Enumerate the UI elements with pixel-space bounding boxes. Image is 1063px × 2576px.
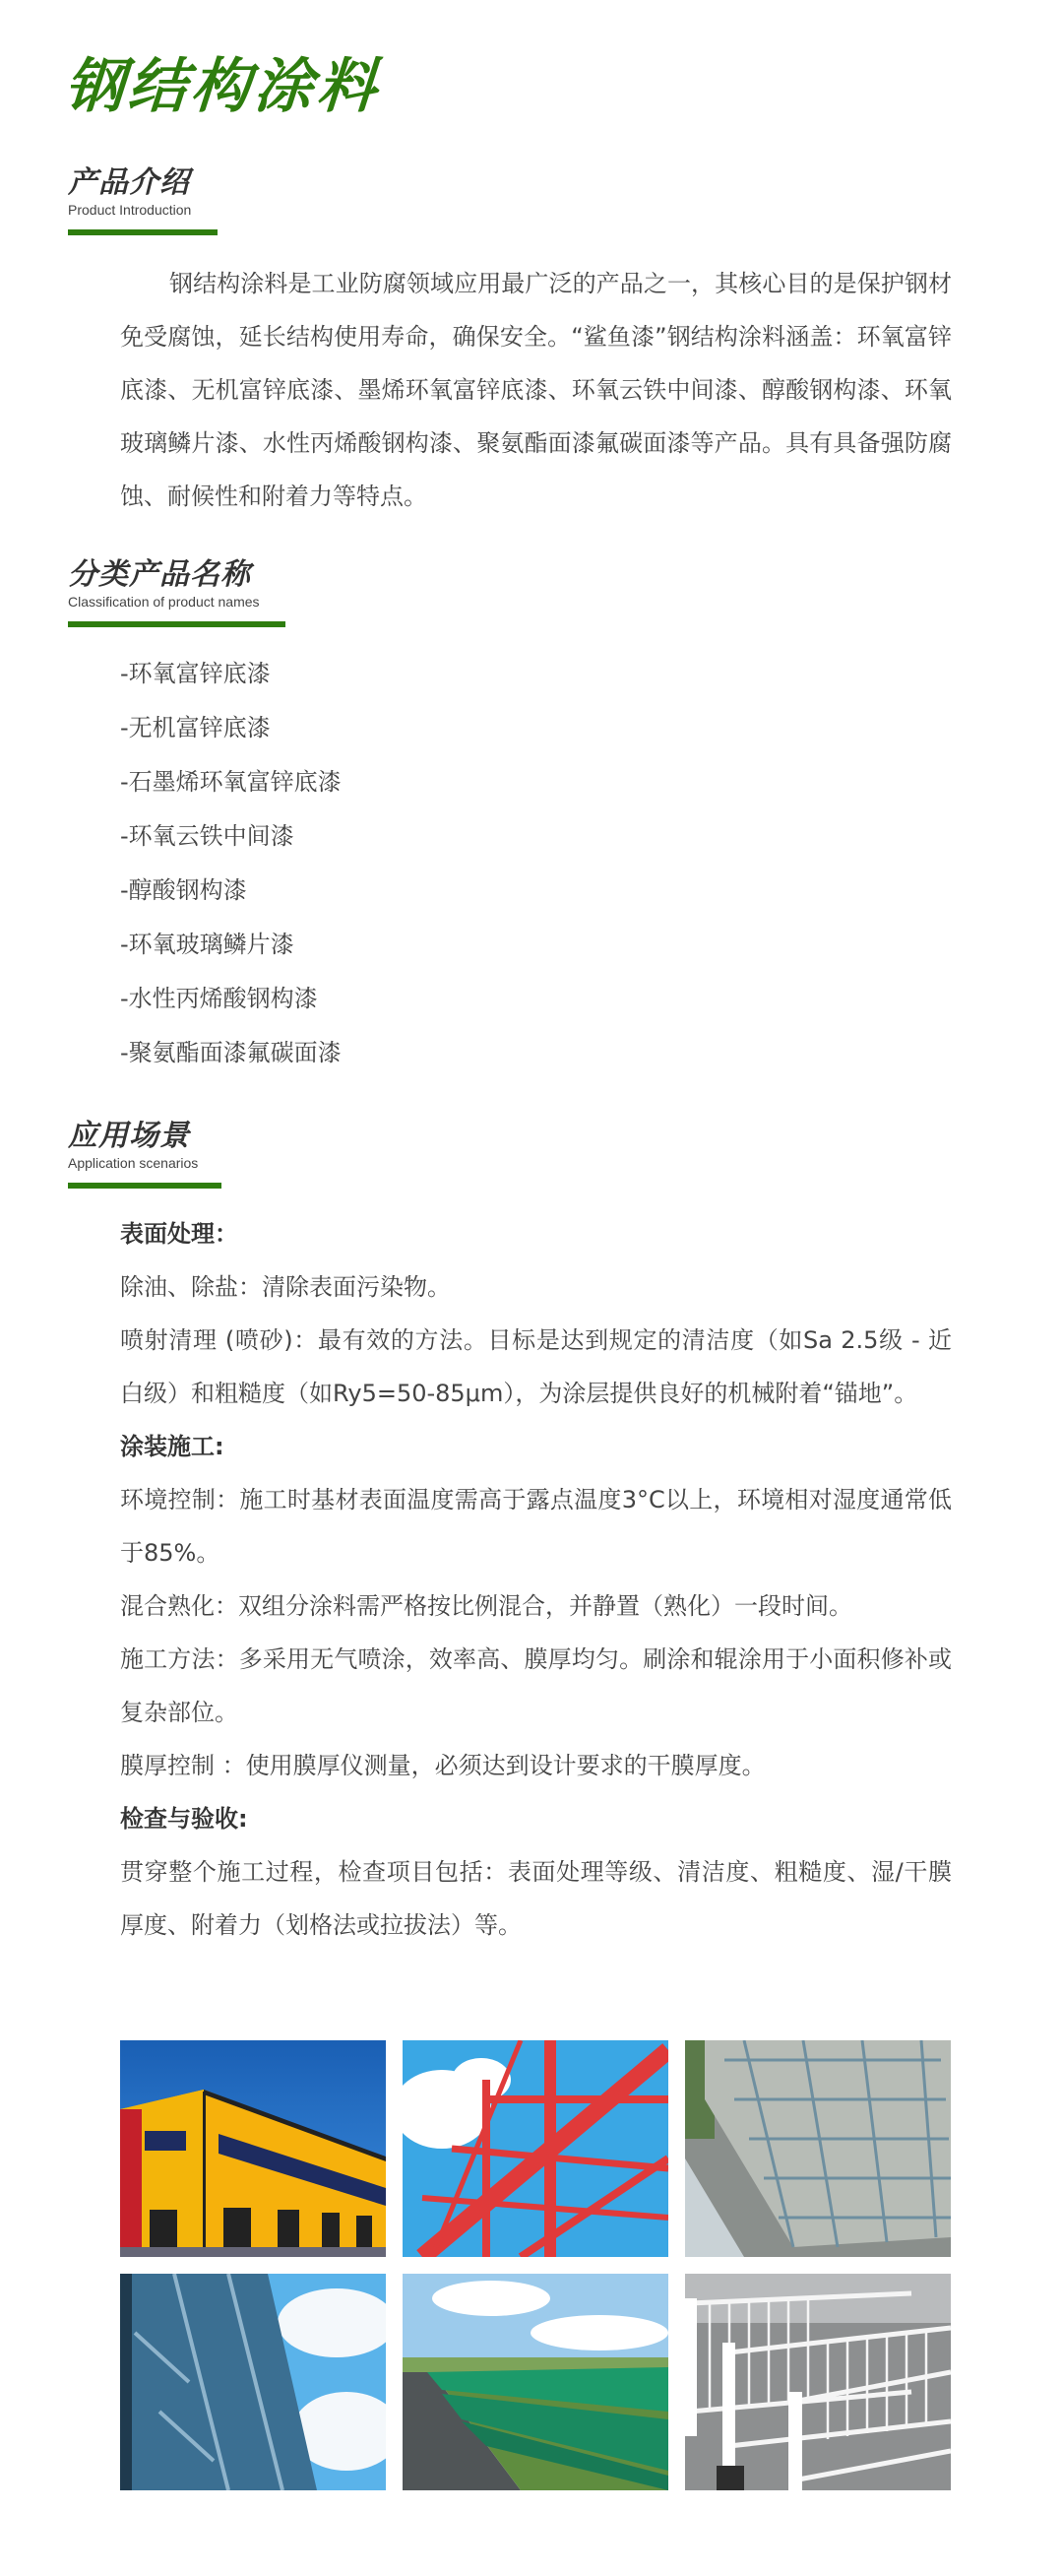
gallery-image-blue-steel-structure (120, 2274, 386, 2490)
subheading-surface-treatment: 表面处理： (120, 1207, 952, 1260)
text-line: 混合熟化：双组分涂料需严格按比例混合，并静置（熟化）一段时间。 (120, 1579, 952, 1633)
section-header-classification: 分类产品名称 Classification of product names (68, 557, 285, 627)
list-item: -无机富锌底漆 (120, 701, 342, 755)
section-title-cn: 产品介绍 (68, 165, 218, 201)
gallery-image-yellow-factory (120, 2040, 386, 2257)
text-line: 贯穿整个施工过程，检查项目包括：表面处理等级、清洁度、粗糙度、湿/干膜厚度、附着… (120, 1845, 952, 1952)
list-item: -聚氨酯面漆氟碳面漆 (120, 1026, 342, 1080)
text-line: 施工方法：多采用无气喷涂，效率高、膜厚均匀。刷涂和辊涂用于小面积修补或复杂部位。 (120, 1633, 952, 1739)
gallery-image-aerial-steel-frame (685, 2040, 951, 2257)
gallery-image-green-guardrail (403, 2274, 668, 2490)
list-item: -环氧玻璃鳞片漆 (120, 918, 342, 972)
application-content: 表面处理： 除油、除盐：清除表面污染物。 喷射清理 (喷砂)：最有效的方法。目标… (120, 1207, 952, 1952)
text-line: 喷射清理 (喷砂)：最有效的方法。目标是达到规定的清洁度（如Sa 2.5级 - … (120, 1314, 952, 1420)
section-title-cn: 分类产品名称 (68, 557, 285, 593)
section-title-en: Application scenarios (68, 1155, 221, 1171)
intro-paragraph: 钢结构涂料是工业防腐领域应用最广泛的产品之一，其核心目的是保护钢材免受腐蚀，延长… (120, 257, 952, 523)
list-item: -环氧云铁中间漆 (120, 809, 342, 864)
section-header-application: 应用场景 Application scenarios (68, 1119, 221, 1189)
list-item: -石墨烯环氧富锌底漆 (120, 755, 342, 809)
page-title: 钢结构涂料 (62, 49, 382, 124)
section-title-en: Product Introduction (68, 202, 218, 218)
section-underline (68, 621, 285, 627)
gallery-image-red-steel-frame (403, 2040, 668, 2257)
section-title-en: Classification of product names (68, 594, 285, 610)
list-item: -醇酸钢构漆 (120, 864, 342, 918)
gallery-image-white-fence (685, 2274, 951, 2490)
text-line: 环境控制：施工时基材表面温度需高于露点温度3°C以上，环境相对湿度通常低于85%… (120, 1473, 952, 1579)
section-underline (68, 229, 218, 235)
text-line: 除油、除盐：清除表面污染物。 (120, 1260, 952, 1314)
section-title-cn: 应用场景 (68, 1119, 221, 1154)
section-underline (68, 1183, 221, 1189)
subheading-coating-construction: 涂装施工: (120, 1420, 952, 1473)
list-item: -水性丙烯酸钢构漆 (120, 972, 342, 1026)
product-list: -环氧富锌底漆 -无机富锌底漆 -石墨烯环氧富锌底漆 -环氧云铁中间漆 -醇酸钢… (120, 647, 342, 1080)
section-header-intro: 产品介绍 Product Introduction (68, 165, 218, 235)
subheading-inspection: 检查与验收: (120, 1792, 952, 1845)
text-line: 膜厚控制 ：使用膜厚仪测量，必须达到设计要求的干膜厚度。 (120, 1739, 952, 1792)
list-item: -环氧富锌底漆 (120, 647, 342, 701)
